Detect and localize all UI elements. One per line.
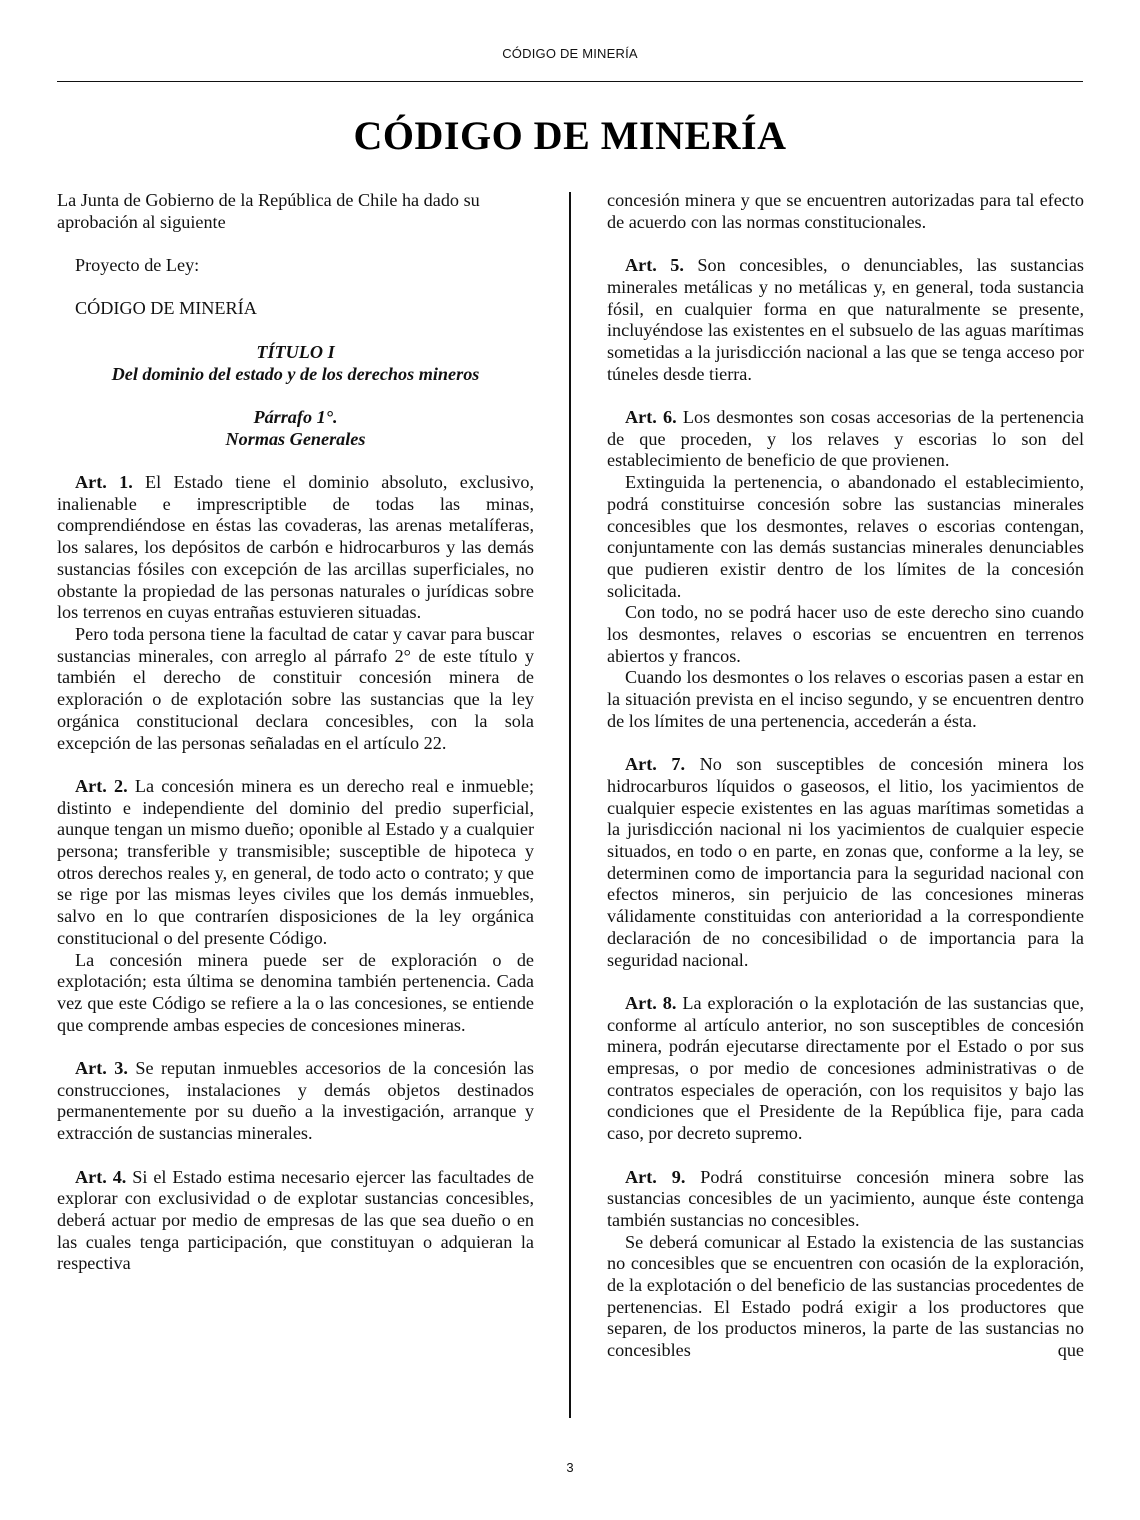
art3-label: Art. 3.	[75, 1058, 128, 1078]
article-1: Art. 1. El Estado tiene el dominio absol…	[57, 472, 534, 754]
art2-p1: Art. 2. La concesión minera es un derech…	[57, 776, 534, 950]
art8-p1: Art. 8. La exploración o la explotación …	[607, 993, 1084, 1145]
art2-label: Art. 2.	[75, 776, 128, 796]
article-2: Art. 2. La concesión minera es un derech…	[57, 776, 534, 1036]
art7-p1: Art. 7. No son susceptibles de concesión…	[607, 754, 1084, 971]
art7-label: Art. 7.	[625, 754, 685, 774]
article-3: Art. 3. Se reputan inmuebles accesorios …	[57, 1058, 534, 1145]
left-column: La Junta de Gobierno de la República de …	[57, 190, 534, 1275]
art4-label: Art. 4.	[75, 1167, 126, 1187]
codigo-label: CÓDIGO DE MINERÍA	[57, 298, 534, 320]
page-number: 3	[0, 1460, 1140, 1475]
art7-text: No son susceptibles de concesión minera …	[607, 754, 1084, 969]
titulo-subtitle: Del dominio del estado y de los derechos…	[57, 364, 534, 386]
article-6: Art. 6. Los desmontes son cosas accesori…	[607, 407, 1084, 733]
art3-p1: Art. 3. Se reputan inmuebles accesorios …	[57, 1058, 534, 1145]
art6-p2: Extinguida la pertenencia, o abandonado …	[607, 472, 1084, 602]
art4-p1: Art. 4. Si el Estado estima necesario ej…	[57, 1167, 534, 1276]
parrafo-heading: Párrafo 1°.	[57, 407, 534, 429]
art5-p1: Art. 5. Son concesibles, o denunciables,…	[607, 255, 1084, 385]
article-9: Art. 9. Podrá constituirse concesión min…	[607, 1167, 1084, 1362]
art6-text: Los desmontes son cosas accesorias de la…	[607, 407, 1084, 470]
art2-p2: La concesión minera puede ser de explora…	[57, 950, 534, 1037]
right-column: concesión minera y que se encuentren aut…	[607, 190, 1084, 1362]
column-divider	[569, 192, 571, 1418]
art1-p1: Art. 1. El Estado tiene el dominio absol…	[57, 472, 534, 624]
art9-p2: Se deberá comunicar al Estado la existen…	[607, 1232, 1084, 1362]
art6-label: Art. 6.	[625, 407, 677, 427]
article-5: Art. 5. Son concesibles, o denunciables,…	[607, 255, 1084, 385]
art9-label: Art. 9.	[625, 1167, 685, 1187]
article-7: Art. 7. No son susceptibles de concesión…	[607, 754, 1084, 971]
proyecto-label: Proyecto de Ley:	[57, 255, 534, 277]
art6-p1: Art. 6. Los desmontes son cosas accesori…	[607, 407, 1084, 472]
art3-text: Se reputan inmuebles accesorios de la co…	[57, 1058, 534, 1143]
art6-p4: Cuando los desmontes o los relaves o esc…	[607, 667, 1084, 732]
art9-p1: Art. 9. Podrá constituirse concesión min…	[607, 1167, 1084, 1232]
art4-continuation: concesión minera y que se encuentren aut…	[607, 190, 1084, 233]
running-header: CÓDIGO DE MINERÍA	[0, 46, 1140, 61]
art4-text: Si el Estado estima necesario ejercer la…	[57, 1167, 534, 1274]
art8-label: Art. 8.	[625, 993, 676, 1013]
art5-label: Art. 5.	[625, 255, 684, 275]
art8-text: La exploración o la explotación de las s…	[607, 993, 1084, 1143]
parrafo-subtitle: Normas Generales	[57, 429, 534, 451]
art6-p3: Con todo, no se podrá hacer uso de este …	[607, 602, 1084, 667]
art1-label: Art. 1.	[75, 472, 133, 492]
article-4: Art. 4. Si el Estado estima necesario ej…	[57, 1167, 534, 1276]
art1-text: El Estado tiene el dominio absoluto, exc…	[57, 472, 534, 622]
article-8: Art. 8. La exploración o la explotación …	[607, 993, 1084, 1145]
titulo-heading: TÍTULO I	[57, 342, 534, 364]
header-rule	[57, 81, 1083, 82]
art2-text: La concesión minera es un derecho real e…	[57, 776, 534, 948]
document-title: CÓDIGO DE MINERÍA	[0, 112, 1140, 159]
intro-paragraph: La Junta de Gobierno de la República de …	[57, 190, 534, 233]
art1-p2: Pero toda persona tiene la facultad de c…	[57, 624, 534, 754]
